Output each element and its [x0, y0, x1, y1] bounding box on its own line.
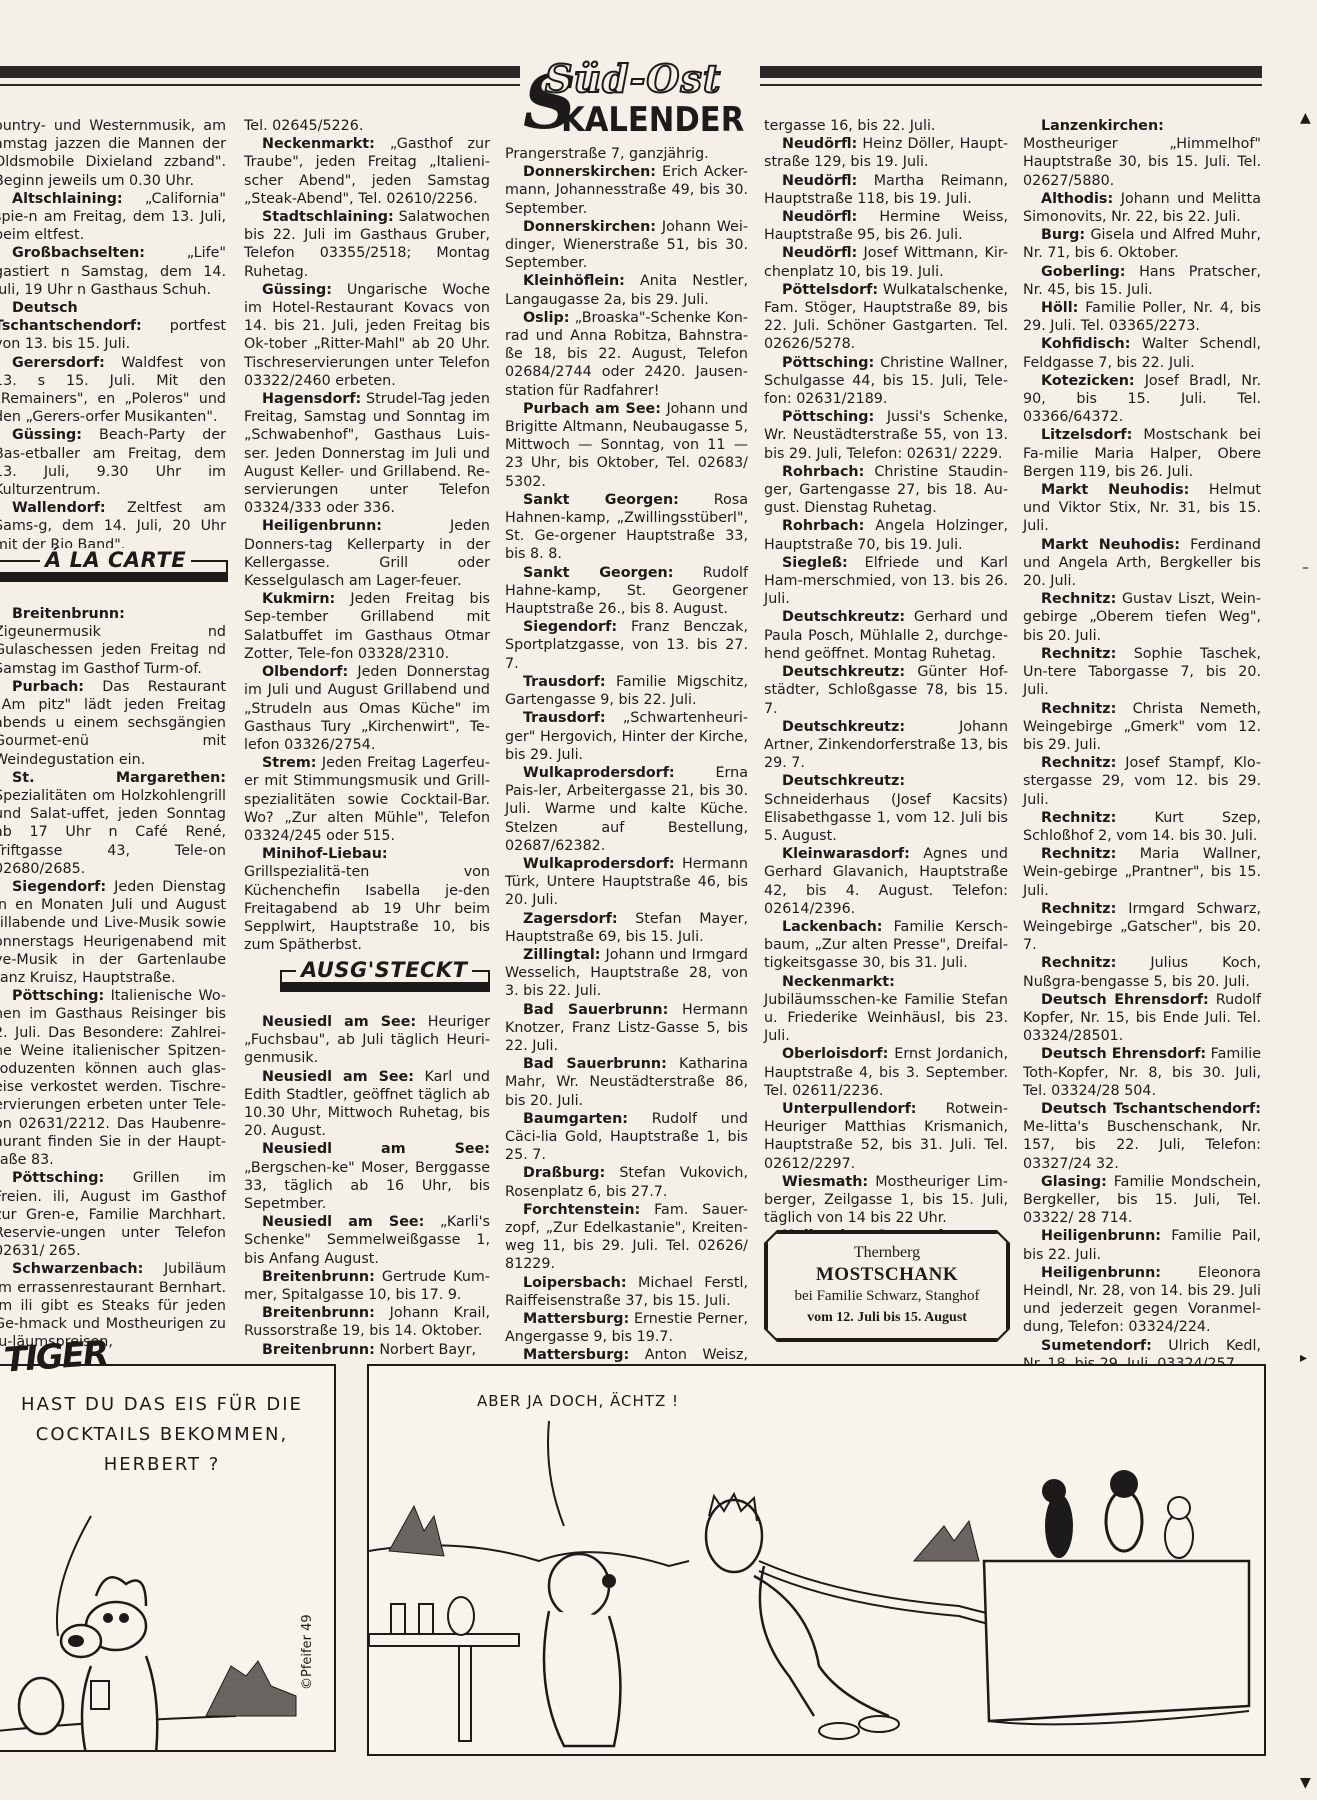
margin-mark: ▼ — [1300, 1775, 1311, 1791]
listing-entry: Pöttsching: Christine Wallner, Schulgass… — [764, 354, 1008, 409]
listing-place: Gerersdorf: — [12, 355, 105, 371]
listing-place: Sumetendorf: — [1041, 1338, 1152, 1354]
listing-place: Forchtenstein: — [523, 1202, 640, 1218]
listing-entry: Rechnitz: Josef Stampf, Klo-stergasse 29… — [1023, 754, 1261, 809]
listing-place: Mattersburg: — [523, 1347, 629, 1363]
listing-place: Neusiedl am See: — [262, 1141, 490, 1157]
listing-entry: Siegleß: Elfriede und Karl Ham-merschmie… — [764, 554, 1008, 609]
listing-entry: Rechnitz: Irmgard Schwarz, Weingebirge „… — [1023, 900, 1261, 955]
listing-entry: Mattersburg: Ernestie Perner, Angergasse… — [505, 1310, 748, 1346]
listing-place: Kotezicken: — [1041, 373, 1135, 389]
listing-place: Donnerskirchen: — [523, 219, 656, 235]
listing-details: „Bergschen-ke" Moser, Berggasse 33, tägl… — [244, 1160, 490, 1212]
listing-place: Breitenbrunn: — [262, 1269, 375, 1285]
listing-entry: Purbach: Das Restaurant „Am pitz" lädt j… — [0, 678, 226, 769]
listing-entry: Minihof-Liebau: Grillspezialitä-ten von … — [244, 845, 490, 954]
listing-place: Neckenmarkt: — [262, 136, 375, 152]
listing-entry: Oberloisdorf: Ernst Jordanich, Hauptstra… — [764, 1045, 1008, 1100]
listing-entry: Kukmirn: Jeden Freitag bis Sep-tember Gr… — [244, 590, 490, 663]
listing-entry: Höll: Familie Poller, Nr. 4, bis 29. Jul… — [1023, 299, 1261, 335]
listing-details: Jubiläumsschen-ke Familie Stefan u. Frie… — [764, 992, 1008, 1044]
listing-entry: Wiesmath: Mostheuriger Lim-berger, Zeilg… — [764, 1173, 1008, 1228]
listing-details: Schneiderhaus (Josef Kacsits) Elisabethg… — [764, 792, 1008, 844]
listing-entry: Rechnitz: Christa Nemeth, Weingebirge „G… — [1023, 700, 1261, 755]
listing-place: Purbach: — [12, 679, 84, 695]
listing-details: Spezialitäten om Holzkohlengrill und Sal… — [0, 788, 226, 877]
listing-entry: St. Margarethen: Spezialitäten om Holzko… — [0, 769, 226, 878]
listing-place: Heiligenbrunn: — [1041, 1265, 1161, 1281]
listing-entry: Neudörfl: Martha Reimann, Hauptstraße 11… — [764, 172, 1008, 208]
listing-entry: Deutschkreutz: Schneiderhaus (Josef Kacs… — [764, 772, 1008, 845]
listing-place: Kukmirn: — [262, 591, 335, 607]
listing-entry: Deutsch Tschantschendorf: Me-litta's Bus… — [1023, 1100, 1261, 1173]
listing-place: Neckenmarkt: — [782, 974, 895, 990]
header-bar-left — [0, 66, 520, 78]
listing-place: Rohrbach: — [782, 464, 864, 480]
column-1-bottom: Breitenbrunn: Zigeunermusik nd Gulasches… — [0, 605, 226, 1351]
listing-entry: Unterpullendorf: Rotwein-Heuriger Matthi… — [764, 1100, 1008, 1173]
listing-entry: Strem: Jeden Freitag Lagerfeu-er mit Sti… — [244, 754, 490, 845]
listing-entry: Pöttelsdorf: Wulkatalschenke, Fam. Stöge… — [764, 281, 1008, 354]
listing-entry: Draßburg: Stefan Vukovich, Rosenplatz 6,… — [505, 1164, 748, 1200]
listing-entry: Neckenmarkt: Jubiläumsschen-ke Familie S… — [764, 973, 1008, 1046]
listing-place: Neusiedl am See: — [262, 1014, 416, 1030]
ad-dates: vom 12. Juli bis 15. August — [768, 1310, 1006, 1326]
masthead-line2: KALENDER — [561, 100, 744, 140]
listing-entry: Neusiedl am See: „Karli's Schenke" Semme… — [244, 1213, 490, 1268]
listing-entry: Baumgarten: Rudolf und Cäci-lia Gold, Ha… — [505, 1110, 748, 1165]
listing-place: Wulkaprodersdorf: — [523, 765, 675, 781]
listing-entry: Heiligenbrunn: Jeden Donners-tag Kellerp… — [244, 517, 490, 590]
listing-entry: ountry- und Westernmusik, am amstag jazz… — [0, 117, 226, 190]
listing-place: Pöttsching: — [12, 988, 104, 1004]
listing-place: Lanzenkirchen: — [1041, 118, 1164, 134]
ad-location: Thernberg — [768, 1244, 1006, 1262]
listing-entry: Neckenmarkt: „Gasthof zur Traube", jeden… — [244, 135, 490, 208]
listing-place: Altschlaining: — [12, 191, 123, 207]
header-bar-right — [760, 66, 1262, 78]
listing-entry: Rechnitz: Gustav Liszt, Wein-gebirge „Ob… — [1023, 590, 1261, 645]
listing-entry: Loipersbach: Michael Ferstl, Raiffeisens… — [505, 1274, 748, 1310]
listing-entry: Neudörfl: Heinz Döller, Haupt-straße 129… — [764, 135, 1008, 171]
listing-entry: Althodis: Johann und Melitta Simonovits,… — [1023, 190, 1261, 226]
listing-place: Siegendorf: — [12, 879, 106, 895]
listing-place: Neusiedl am See: — [262, 1214, 424, 1230]
comic-art-dog-icon — [0, 1366, 336, 1752]
comic-credit: ©Pfeifer 49 — [300, 1614, 315, 1690]
listing-entry: Olbendorf: Jeden Donnerstag im Juli und … — [244, 663, 490, 754]
listing-entry: Siegendorf: Franz Benczak, Sportplatzgas… — [505, 618, 748, 673]
listing-entry: Trausdorf: „Schwartenheuri-ger" Hergovic… — [505, 709, 748, 764]
margin-mark: ▲ — [1300, 110, 1311, 126]
listing-place: Rechnitz: — [1041, 846, 1116, 862]
listing-place: Heiligenbrunn: — [1041, 1228, 1161, 1244]
listing-place: Neusiedl am See: — [262, 1069, 414, 1085]
listing-place: Althodis: — [1041, 191, 1113, 207]
listing-place: Kohfidisch: — [1041, 336, 1130, 352]
listing-place: Zagersdorf: — [523, 911, 618, 927]
listing-entry: Donnerskirchen: Johann Wei-dinger, Wiene… — [505, 218, 748, 273]
listing-entry: Kleinhöflein: Anita Nestler, Langaugasse… — [505, 272, 748, 308]
listing-entry: Bad Sauerbrunn: Hermann Knotzer, Franz L… — [505, 1001, 748, 1056]
listing-entry: tergasse 16, bis 22. Juli. — [764, 117, 1008, 135]
listing-details: Italienische Wo-hen im Gasthaus Reisinge… — [0, 988, 226, 1168]
listing-place: Deutschkreutz: — [782, 719, 905, 735]
listing-place: Neudörfl: — [782, 209, 857, 225]
listing-place: Schwarzenbach: — [12, 1261, 143, 1277]
listing-place: Rechnitz: — [1041, 701, 1116, 717]
listing-place: Rechnitz: — [1041, 646, 1116, 662]
header-rule-left — [0, 84, 520, 86]
listing-place: Donnerskirchen: — [523, 164, 656, 180]
listing-details: Grillspezialitä-ten von Küchenchefin Isa… — [244, 864, 490, 953]
listing-place: Mattersburg: — [523, 1311, 629, 1327]
listing-entry: Deutsch Ehrensdorf: Familie Toth-Kopfer,… — [1023, 1045, 1261, 1100]
listing-details: Norbert Bayr, — [375, 1342, 476, 1358]
listing-entry: Breitenbrunn: Gertrude Kum-mer, Spitalga… — [244, 1268, 490, 1304]
listing-entry: Deutsch Ehrensdorf: Rudolf Kopfer, Nr. 1… — [1023, 991, 1261, 1046]
ad-title: MOSTSCHANK — [768, 1264, 1006, 1286]
listing-place: Stadtschlaining: — [262, 209, 394, 225]
newspaper-page: S Süd-Ost KALENDER ountry- und Westernmu… — [0, 0, 1317, 1800]
listing-place: Purbach am See: — [523, 401, 661, 417]
listing-place: Strem: — [262, 755, 317, 771]
listing-place: Wiesmath: — [782, 1174, 868, 1190]
listing-entry: Wulkaprodersdorf: Erna Pais-ler, Arbeite… — [505, 764, 748, 855]
listing-entry: Pöttsching: Grillen im Freien. ili, Augu… — [0, 1169, 226, 1260]
listing-entry: Pöttsching: Jussi's Schenke, Wr. Neustäd… — [764, 408, 1008, 463]
listing-place: Deutschkreutz: — [782, 664, 905, 680]
listing-place: Deutschkreutz: — [782, 773, 905, 789]
column-2-bottom: Neusiedl am See: Heuriger „Fuchsbau", ab… — [244, 1013, 490, 1359]
listing-entry: Donnerskirchen: Erich Acker-mann, Johann… — [505, 163, 748, 218]
listing-entry: Markt Neuhodis: Helmut und Viktor Stix, … — [1023, 481, 1261, 536]
section-title: AUSG'STECKT — [296, 958, 472, 982]
margin-mark: ▸ — [1300, 1350, 1307, 1366]
listing-place: Draßburg: — [523, 1165, 605, 1181]
listing-place: Oberloisdorf: — [782, 1046, 888, 1062]
comic-logo: TIGER — [3, 1333, 109, 1380]
listing-place: Wulkaprodersdorf: — [523, 856, 675, 872]
listing-entry: Breitenbrunn: Norbert Bayr, — [244, 1341, 490, 1359]
listing-place: Höll: — [1041, 300, 1078, 316]
column-5: Lanzenkirchen: Mostheuriger „Himmelhof" … — [1023, 117, 1261, 1500]
listing-place: Bad Sauerbrunn: — [523, 1002, 668, 1018]
listing-entry: Breitenbrunn: Johann Krail, Russorstraße… — [244, 1304, 490, 1340]
listing-place: Rohrbach: — [782, 518, 864, 534]
listing-entry: Kotezicken: Josef Bradl, Nr. 90, bis 15.… — [1023, 372, 1261, 427]
listing-place: Oslip: — [523, 310, 569, 326]
listing-entry: Litzelsdorf: Mostschank bei Fa-milie Mar… — [1023, 426, 1261, 481]
listing-place: Siegleß: — [782, 555, 848, 571]
listing-place: Glasing: — [1041, 1174, 1107, 1190]
listing-entry: Sankt Georgen: Rudolf Hahne-kamp, St. Ge… — [505, 564, 748, 619]
listing-details: Mostheuriger „Himmelhof" Hauptstraße 30,… — [1023, 136, 1261, 188]
listing-place: Großbachselten: — [12, 245, 145, 261]
listing-place: Breitenbrunn: — [262, 1342, 375, 1358]
comic-panel-2: ABER JA DOCH, ÄCHTZ ! — [367, 1364, 1266, 1756]
listing-place: Rechnitz: — [1041, 955, 1116, 971]
listing-entry: Deutschkreutz: Johann Artner, Zinkendorf… — [764, 718, 1008, 773]
listing-details: Strudel-Tag jeden Freitag, Samstag und S… — [244, 391, 490, 516]
listing-entry: Wallendorf: Zeltfest am Sams-g, dem 14. … — [0, 499, 226, 554]
listing-place: Pöttsching: — [782, 409, 874, 425]
listing-entry: Goberling: Hans Pratscher, Nr. 45, bis 1… — [1023, 263, 1261, 299]
listing-entry: Güssing: Ungarische Woche im Hotel-Resta… — [244, 281, 490, 390]
listing-details: Jeden Dienstag in en Monaten Juli und Au… — [0, 879, 226, 986]
listing-entry: Wulkaprodersdorf: Hermann Türk, Untere H… — [505, 855, 748, 910]
listing-entry: Markt Neuhodis: Ferdinand und Angela Art… — [1023, 536, 1261, 591]
section-header-a-la-carte: Á LA CARTE — [0, 548, 228, 582]
listing-entry: Zagersdorf: Stefan Mayer, Hauptstraße 69… — [505, 910, 748, 946]
listing-place: Pöttsching: — [12, 1170, 104, 1186]
listing-place: Deutsch Ehrensdorf: — [1041, 1046, 1206, 1062]
listing-entry: Rohrbach: Christine Staudin-ger, Garteng… — [764, 463, 1008, 518]
listing-details: Zigeunermusik nd Gulaschessen jeden Frei… — [0, 624, 226, 676]
mostschank-ad: Thernberg MOSTSCHANK bei Familie Schwarz… — [766, 1232, 1008, 1340]
listing-entry: Pöttsching: Italienische Wo-hen im Gasth… — [0, 987, 226, 1169]
listing-place: Sankt Georgen: — [523, 565, 673, 581]
listing-place: Neudörfl: — [782, 136, 857, 152]
listing-entry: Großbachselten: „Life" gastiert n Samsta… — [0, 244, 226, 299]
listing-place: Deutsch Tschantschendorf: — [0, 300, 142, 334]
listing-entry: Purbach am See: Johann und Brigitte Altm… — [505, 400, 748, 491]
listing-entry: Kohfidisch: Walter Schendl, Feldgasse 7,… — [1023, 335, 1261, 371]
section-bar — [0, 572, 228, 582]
column-3: Prangerstraße 7, ganzjährig.Donnerskirch… — [505, 145, 748, 1419]
listing-entry: Neusiedl am See: „Bergschen-ke" Moser, B… — [244, 1140, 490, 1213]
listing-entry: Bad Sauerbrunn: Katharina Mahr, Wr. Neus… — [505, 1055, 748, 1110]
listing-place: Güssing: — [262, 282, 332, 298]
listing-entry: Siegendorf: Jeden Dienstag in en Monaten… — [0, 878, 226, 987]
section-title: Á LA CARTE — [40, 548, 191, 572]
listing-place: Bad Sauerbrunn: — [523, 1056, 667, 1072]
listing-entry: Oslip: „Broaska"-Schenke Kon-rad und Ann… — [505, 309, 748, 400]
listing-place: Deutsch Ehrensdorf: — [1041, 992, 1209, 1008]
listing-entry: Rechnitz: Maria Wallner, Wein-gebirge „P… — [1023, 845, 1261, 900]
listing-entry: Gerersdorf: Waldfest von 13. s 15. Juli.… — [0, 354, 226, 427]
listing-entry: Rechnitz: Julius Koch, Nußgra-bengasse 5… — [1023, 954, 1261, 990]
listing-place: Lackenbach: — [782, 919, 882, 935]
listing-entry: Rechnitz: Kurt Szep, Schloßhof 2, vom 14… — [1023, 809, 1261, 845]
listing-place: Trausdorf: — [523, 674, 606, 690]
listing-place: Güssing: — [12, 427, 82, 443]
header-rule-right — [760, 84, 1262, 86]
listing-place: St. Margarethen: — [12, 770, 226, 786]
listing-place: Siegendorf: — [523, 619, 617, 635]
listing-place: Markt Neuhodis: — [1041, 537, 1180, 553]
listing-place: Trausdorf: — [523, 710, 606, 726]
listing-place: Markt Neuhodis: — [1041, 482, 1189, 498]
listing-place: Breitenbrunn: — [262, 1305, 375, 1321]
listing-entry: Zillingtal: Johann und Irmgard Wesselich… — [505, 946, 748, 1001]
listing-entry: Neusiedl am See: Heuriger „Fuchsbau", ab… — [244, 1013, 490, 1068]
listing-place: Hagensdorf: — [262, 391, 361, 407]
listing-entry: Sankt Georgen: Rosa Hahnen-kamp, „Zwilli… — [505, 491, 748, 564]
listing-place: Goberling: — [1041, 264, 1125, 280]
listing-entry: Breitenbrunn: Zigeunermusik nd Gulasches… — [0, 605, 226, 678]
comic-panel-1: HAST DU DAS EIS FÜR DIE COCKTAILS BEKOMM… — [0, 1364, 336, 1752]
listing-place: Rechnitz: — [1041, 810, 1116, 826]
listing-entry: Hagensdorf: Strudel-Tag jeden Freitag, S… — [244, 390, 490, 517]
listing-place: Deutschkreutz: — [782, 609, 905, 625]
listing-place: Rechnitz: — [1041, 755, 1116, 771]
listing-entry: Kleinwarasdorf: Agnes und Gerhard Glavan… — [764, 845, 1008, 918]
listing-place: Loipersbach: — [523, 1275, 627, 1291]
listing-place: Zillingtal: — [523, 947, 600, 963]
section-bar — [280, 982, 490, 992]
listing-place: Rechnitz: — [1041, 901, 1116, 917]
comic-art-scene-icon — [369, 1366, 1266, 1756]
listing-entry: Deutschkreutz: Günter Hof-städter, Schlo… — [764, 663, 1008, 718]
masthead-line1: Süd-Ost — [545, 56, 721, 101]
listing-place: Deutsch Tschantschendorf: — [1041, 1101, 1261, 1117]
section-header-ausgsteckt: AUSG'STECKT — [280, 958, 490, 992]
listing-place: Litzelsdorf: — [1041, 427, 1132, 443]
listing-place: Neudörfl: — [782, 245, 857, 261]
listing-entry: Heiligenbrunn: Familie Pail, bis 22. Jul… — [1023, 1227, 1261, 1263]
listing-entry: Neudörfl: Hermine Weiss, Hauptstraße 95,… — [764, 208, 1008, 244]
margin-mark: – — [1302, 560, 1309, 576]
listing-place: Pöttelsdorf: — [782, 282, 878, 298]
column-2-top: Tel. 02645/5226.Neckenmarkt: „Gasthof zu… — [244, 117, 490, 954]
listing-entry: Güssing: Beach-Party der Bas-etballer am… — [0, 426, 226, 499]
listing-entry: Rechnitz: Sophie Taschek, Un-tere Taborg… — [1023, 645, 1261, 700]
column-1-top: ountry- und Westernmusik, am amstag jazz… — [0, 117, 226, 554]
listing-place: Baumgarten: — [523, 1111, 628, 1127]
listing-entry: Heiligenbrunn: Eleonora Heindl, Nr. 28, … — [1023, 1264, 1261, 1337]
listing-entry: Deutschkreutz: Gerhard und Paula Posch, … — [764, 608, 1008, 663]
listing-entry: Tel. 02645/5226. — [244, 117, 490, 135]
listing-place: Sankt Georgen: — [523, 492, 679, 508]
listing-place: Kleinwarasdorf: — [782, 846, 910, 862]
listing-entry: Burg: Gisela und Alfred Muhr, Nr. 71, bi… — [1023, 226, 1261, 262]
listing-place: Unterpullendorf: — [782, 1101, 917, 1117]
listing-entry: Neusiedl am See: Karl und Edith Stadtler… — [244, 1068, 490, 1141]
listing-entry: Glasing: Familie Mondschein, Bergkeller,… — [1023, 1173, 1261, 1228]
listing-place: Rechnitz: — [1041, 591, 1116, 607]
listing-place: Breitenbrunn: — [12, 606, 125, 622]
listing-place: Wallendorf: — [12, 500, 106, 516]
listing-entry: Neudörfl: Josef Wittmann, Kir-chenplatz … — [764, 244, 1008, 280]
listing-entry: Lanzenkirchen: Mostheuriger „Himmelhof" … — [1023, 117, 1261, 190]
listing-entry: Rohrbach: Angela Holzinger, Hauptstraße … — [764, 517, 1008, 553]
listing-entry: Prangerstraße 7, ganzjährig. — [505, 145, 748, 163]
listing-place: Neudörfl: — [782, 173, 857, 189]
ad-host: bei Familie Schwarz, Stanghof — [768, 1288, 1006, 1305]
column-4: tergasse 16, bis 22. Juli.Neudörfl: Hein… — [764, 117, 1008, 1282]
masthead-logo: S Süd-Ost KALENDER — [523, 56, 763, 146]
listing-entry: Forchtenstein: Fam. Sauer-zopf, „Zur Ede… — [505, 1201, 748, 1274]
listing-place: Heiligenbrunn: — [262, 518, 382, 534]
listing-details: Me-litta's Buschenschank, Nr. 157, bis 2… — [1023, 1119, 1261, 1171]
listing-entry: Lackenbach: Familie Kersch-baum, „Zur al… — [764, 918, 1008, 973]
listing-place: Kleinhöflein: — [523, 273, 625, 289]
listing-entry: Altschlaining: „California" spie-n am Fr… — [0, 190, 226, 245]
listing-place: Burg: — [1041, 227, 1085, 243]
listing-place: Olbendorf: — [262, 664, 348, 680]
listing-entry: Stadtschlaining: Salatwochen bis 22. Jul… — [244, 208, 490, 281]
listing-entry: Trausdorf: Familie Migschitz, Gartengass… — [505, 673, 748, 709]
listing-place: Pöttsching: — [782, 355, 874, 371]
listing-place: Minihof-Liebau: — [262, 846, 388, 862]
listing-entry: Deutsch Tschantschendorf: portfest von 1… — [0, 299, 226, 354]
